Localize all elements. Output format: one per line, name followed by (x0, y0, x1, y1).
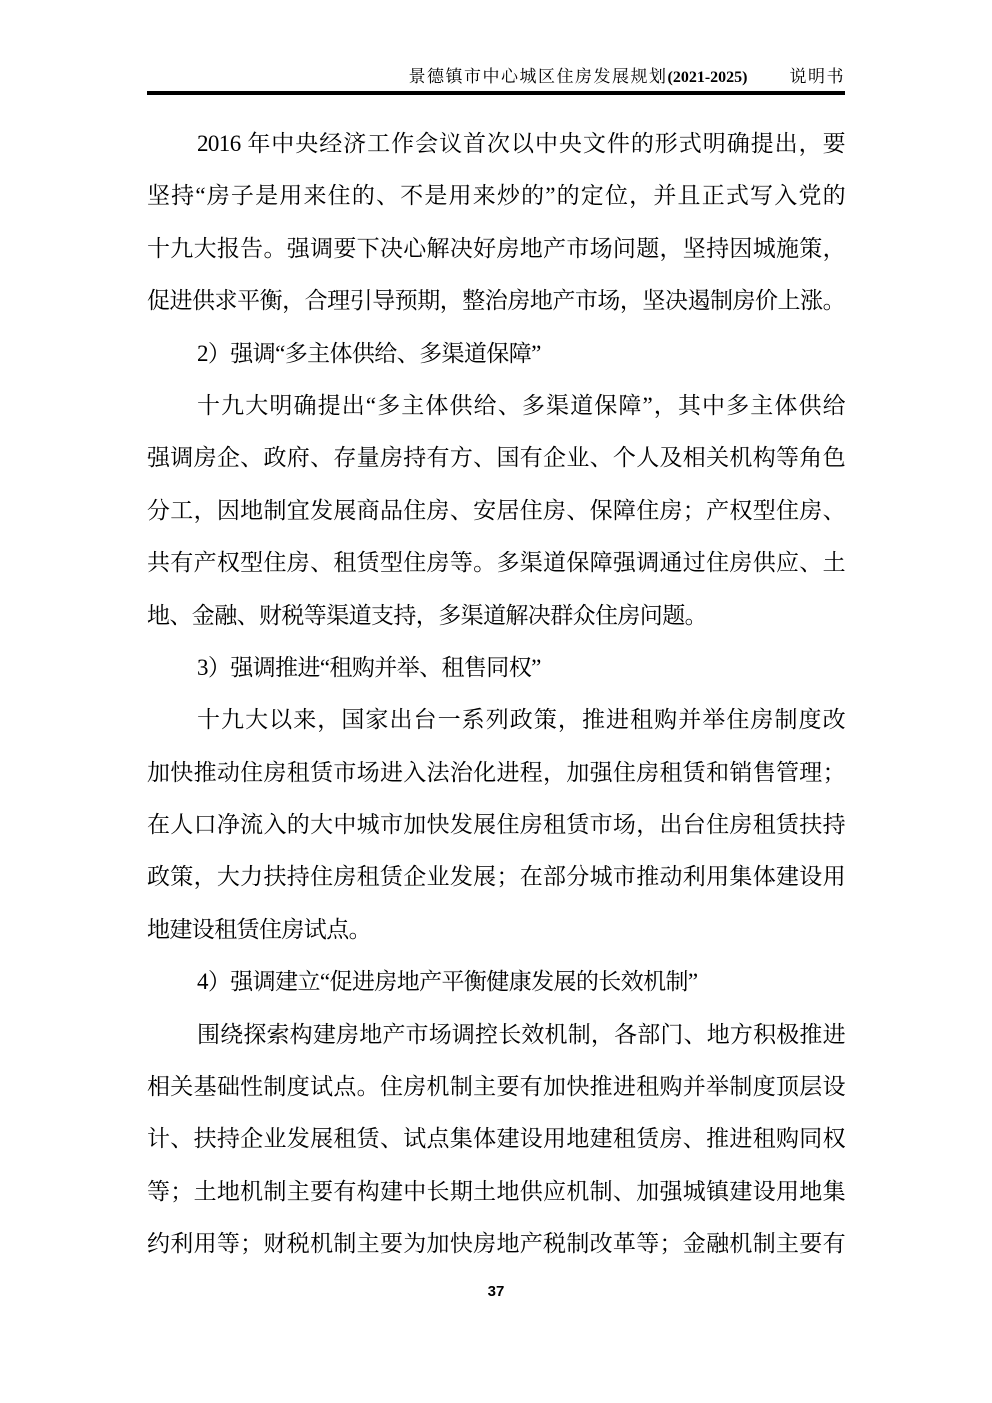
header-doc-title: 景德镇市中心城区住房发展规划 (409, 62, 668, 87)
text-line: 分工，因地制宜发展商品住房、安居住房、保障住房；产权型住房、 (147, 485, 845, 537)
page-number: 37 (488, 1283, 505, 1300)
text-line: 坚持“房子是用来住的、不是用来炒的”的定位，并且正式写入党的 (147, 170, 845, 222)
text-line: 4）强调建立“促进房地产平衡健康发展的长效机制” (147, 956, 845, 1008)
text-line: 共有产权型住房、租赁型住房等。多渠道保障强调通过住房供应、土 (147, 537, 845, 589)
page-header: 景德镇市中心城区住房发展规划(2021-2025) 说明书 (147, 62, 845, 95)
text-line: 强调房企、政府、存量房持有方、国有企业、个人及相关机构等角色 (147, 432, 845, 484)
text-line: 十九大报告。强调要下决心解决好房地产市场问题，坚持因城施策， (147, 223, 845, 275)
text-line: 相关基础性制度试点。住房机制主要有加快推进租购并举制度顶层设 (147, 1061, 845, 1113)
text-line: 围绕探索构建房地产市场调控长效机制，各部门、地方积极推进 (147, 1009, 845, 1061)
document-page: 景德镇市中心城区住房发展规划(2021-2025) 说明书 2016 年中央经济… (0, 0, 992, 1403)
text-line: 十九大明确提出“多主体供给、多渠道保障”，其中多主体供给 (147, 380, 845, 432)
text-line: 2）强调“多主体供给、多渠道保障” (147, 328, 845, 380)
text-line: 地建设租赁住房试点。 (147, 904, 845, 956)
text-line: 地、金融、财税等渠道支持，多渠道解决群众住房问题。 (147, 590, 845, 642)
text-line: 2016 年中央经济工作会议首次以中央文件的形式明确提出，要 (147, 118, 845, 170)
text-line: 等；土地机制主要有构建中长期土地供应机制、加强城镇建设用地集 (147, 1166, 845, 1218)
document-body: 2016 年中央经济工作会议首次以中央文件的形式明确提出，要坚持“房子是用来住的… (147, 118, 845, 1271)
text-line: 政策，大力扶持住房租赁企业发展；在部分城市推动利用集体建设用 (147, 851, 845, 903)
text-line: 在人口净流入的大中城市加快发展住房租赁市场，出台住房租赁扶持 (147, 799, 845, 851)
text-line: 加快推动住房租赁市场进入法治化进程，加强住房租赁和销售管理； (147, 747, 845, 799)
header-text: 景德镇市中心城区住房发展规划(2021-2025) 说明书 (147, 62, 845, 87)
text-line: 计、扶持企业发展租赁、试点集体建设用地建租赁房、推进租购同权 (147, 1113, 845, 1165)
header-doc-type: 说明书 (790, 62, 846, 87)
header-plan-years: (2021-2025) (668, 69, 748, 87)
page-footer: 37 (0, 1283, 992, 1300)
text-line: 约利用等；财税机制主要为加快房地产税制改革等；金融机制主要有 (147, 1218, 845, 1270)
text-line: 3）强调推进“租购并举、租售同权” (147, 642, 845, 694)
text-line: 十九大以来，国家出台一系列政策，推进租购并举住房制度改革。 (147, 694, 845, 746)
header-rule (147, 91, 845, 95)
text-line: 促进供求平衡，合理引导预期，整治房地产市场，坚决遏制房价上涨。 (147, 275, 845, 327)
